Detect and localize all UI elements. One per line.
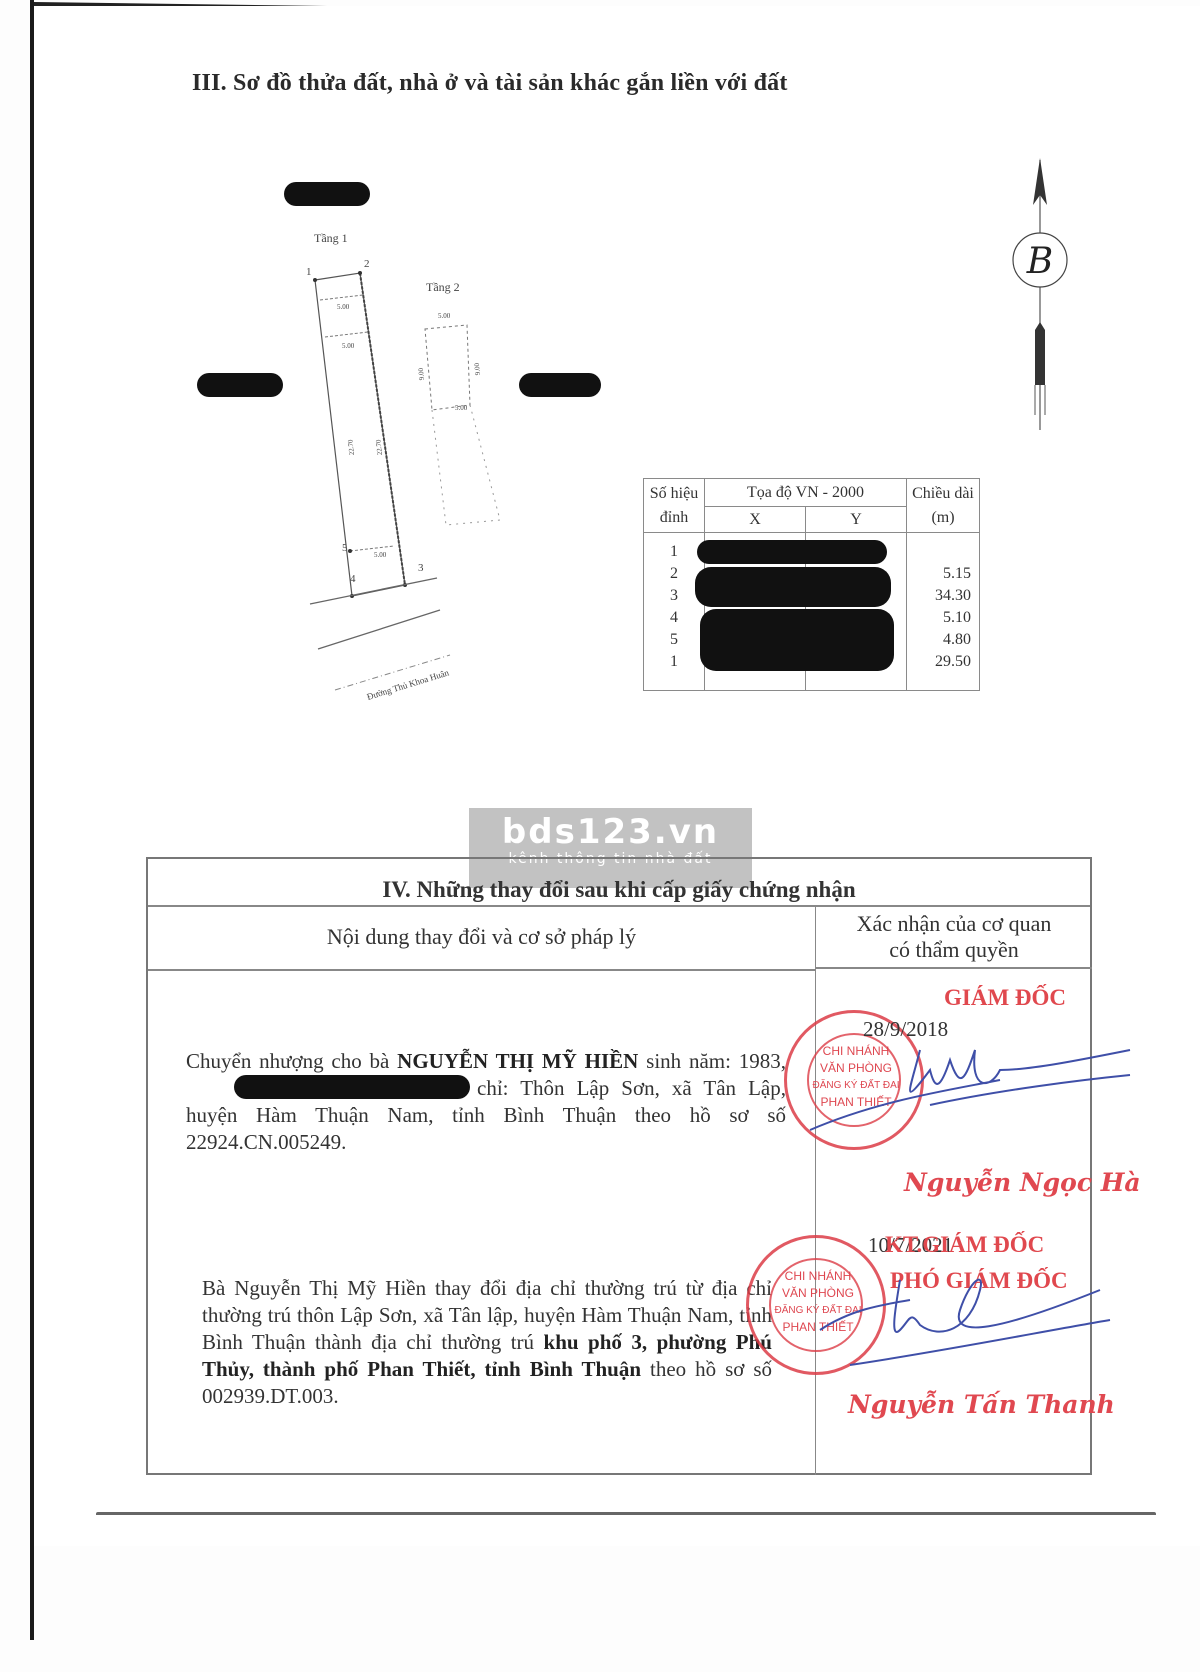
north-compass-icon: B bbox=[1000, 150, 1080, 440]
redaction-block bbox=[697, 540, 887, 564]
floor-1-label: Tầng 1 bbox=[314, 231, 348, 245]
svg-text:1: 1 bbox=[306, 266, 312, 278]
new-owner-name: NGUYỄN THỊ MỸ HIỀN bbox=[397, 1049, 638, 1073]
redaction-block bbox=[519, 373, 601, 397]
redaction-block bbox=[234, 1075, 470, 1099]
svg-text:22.70: 22.70 bbox=[346, 439, 356, 456]
svg-text:5.00: 5.00 bbox=[374, 551, 387, 559]
signer-name: Nguyễn Tấn Thanh bbox=[848, 1390, 1115, 1419]
svg-text:5.00: 5.00 bbox=[438, 312, 451, 320]
svg-text:3: 3 bbox=[418, 562, 424, 574]
header-vertex: Số hiệu đỉnh bbox=[644, 479, 705, 533]
redaction-block bbox=[197, 373, 283, 397]
signer-role-line1: KT.GIÁM ĐỐC bbox=[885, 1232, 1044, 1258]
header-change-content: Nội dung thay đổi và cơ sở pháp lý bbox=[148, 905, 815, 971]
header-coords: Tọa độ VN - 2000 bbox=[705, 479, 907, 507]
road-label: Đường Thủ Khoa Huân bbox=[366, 667, 451, 702]
header-y: Y bbox=[806, 507, 907, 533]
redaction-block bbox=[284, 182, 370, 206]
signature bbox=[800, 1030, 1140, 1140]
change-entry-address: Bà Nguyễn Thị Mỹ Hiền thay đổi địa chỉ t… bbox=[202, 1275, 772, 1410]
header-authority-confirmation: Xác nhận của cơ quan có thẩm quyền bbox=[815, 905, 1092, 969]
svg-text:5.00: 5.00 bbox=[342, 342, 355, 350]
svg-text:9.00: 9.00 bbox=[473, 362, 482, 376]
svg-text:2: 2 bbox=[364, 258, 370, 270]
header-x: X bbox=[705, 507, 806, 533]
signer-role: GIÁM ĐỐC bbox=[944, 985, 1066, 1011]
svg-text:22.70: 22.70 bbox=[374, 439, 384, 456]
floor-2-label: Tầng 2 bbox=[426, 280, 460, 294]
svg-text:9.00: 9.00 bbox=[417, 367, 426, 381]
section-3-title: III. Sơ đồ thửa đất, nhà ở và tài sản kh… bbox=[192, 70, 788, 97]
section-4-title: IV. Những thay đổi sau khi cấp giấy chứn… bbox=[148, 859, 1090, 907]
change-entry-transfer: Chuyển nhượng cho bà NGUYỄN THỊ MỸ HIỀN … bbox=[186, 1048, 786, 1156]
plot-sketch: Tầng 1 Tầng 2 1 2 3 4 5 5.00 5.00 5.00 5… bbox=[280, 215, 520, 715]
svg-text:B: B bbox=[1026, 241, 1053, 282]
header-length: Chiều dài (m) bbox=[907, 479, 980, 533]
length-list: 5.15 34.30 5.10 4.80 29.50 bbox=[907, 533, 980, 691]
signer-name: Nguyễn Ngọc Hà bbox=[904, 1168, 1141, 1197]
page-bottom-edge bbox=[96, 1512, 1156, 1523]
redaction-block bbox=[695, 567, 891, 607]
redaction-block bbox=[700, 609, 894, 671]
watermark-brand: bds123.vn bbox=[469, 808, 752, 850]
signature bbox=[800, 1270, 1120, 1370]
vertex-list: 1 2 3 4 5 1 bbox=[644, 533, 705, 691]
svg-text:5.00: 5.00 bbox=[337, 303, 350, 311]
